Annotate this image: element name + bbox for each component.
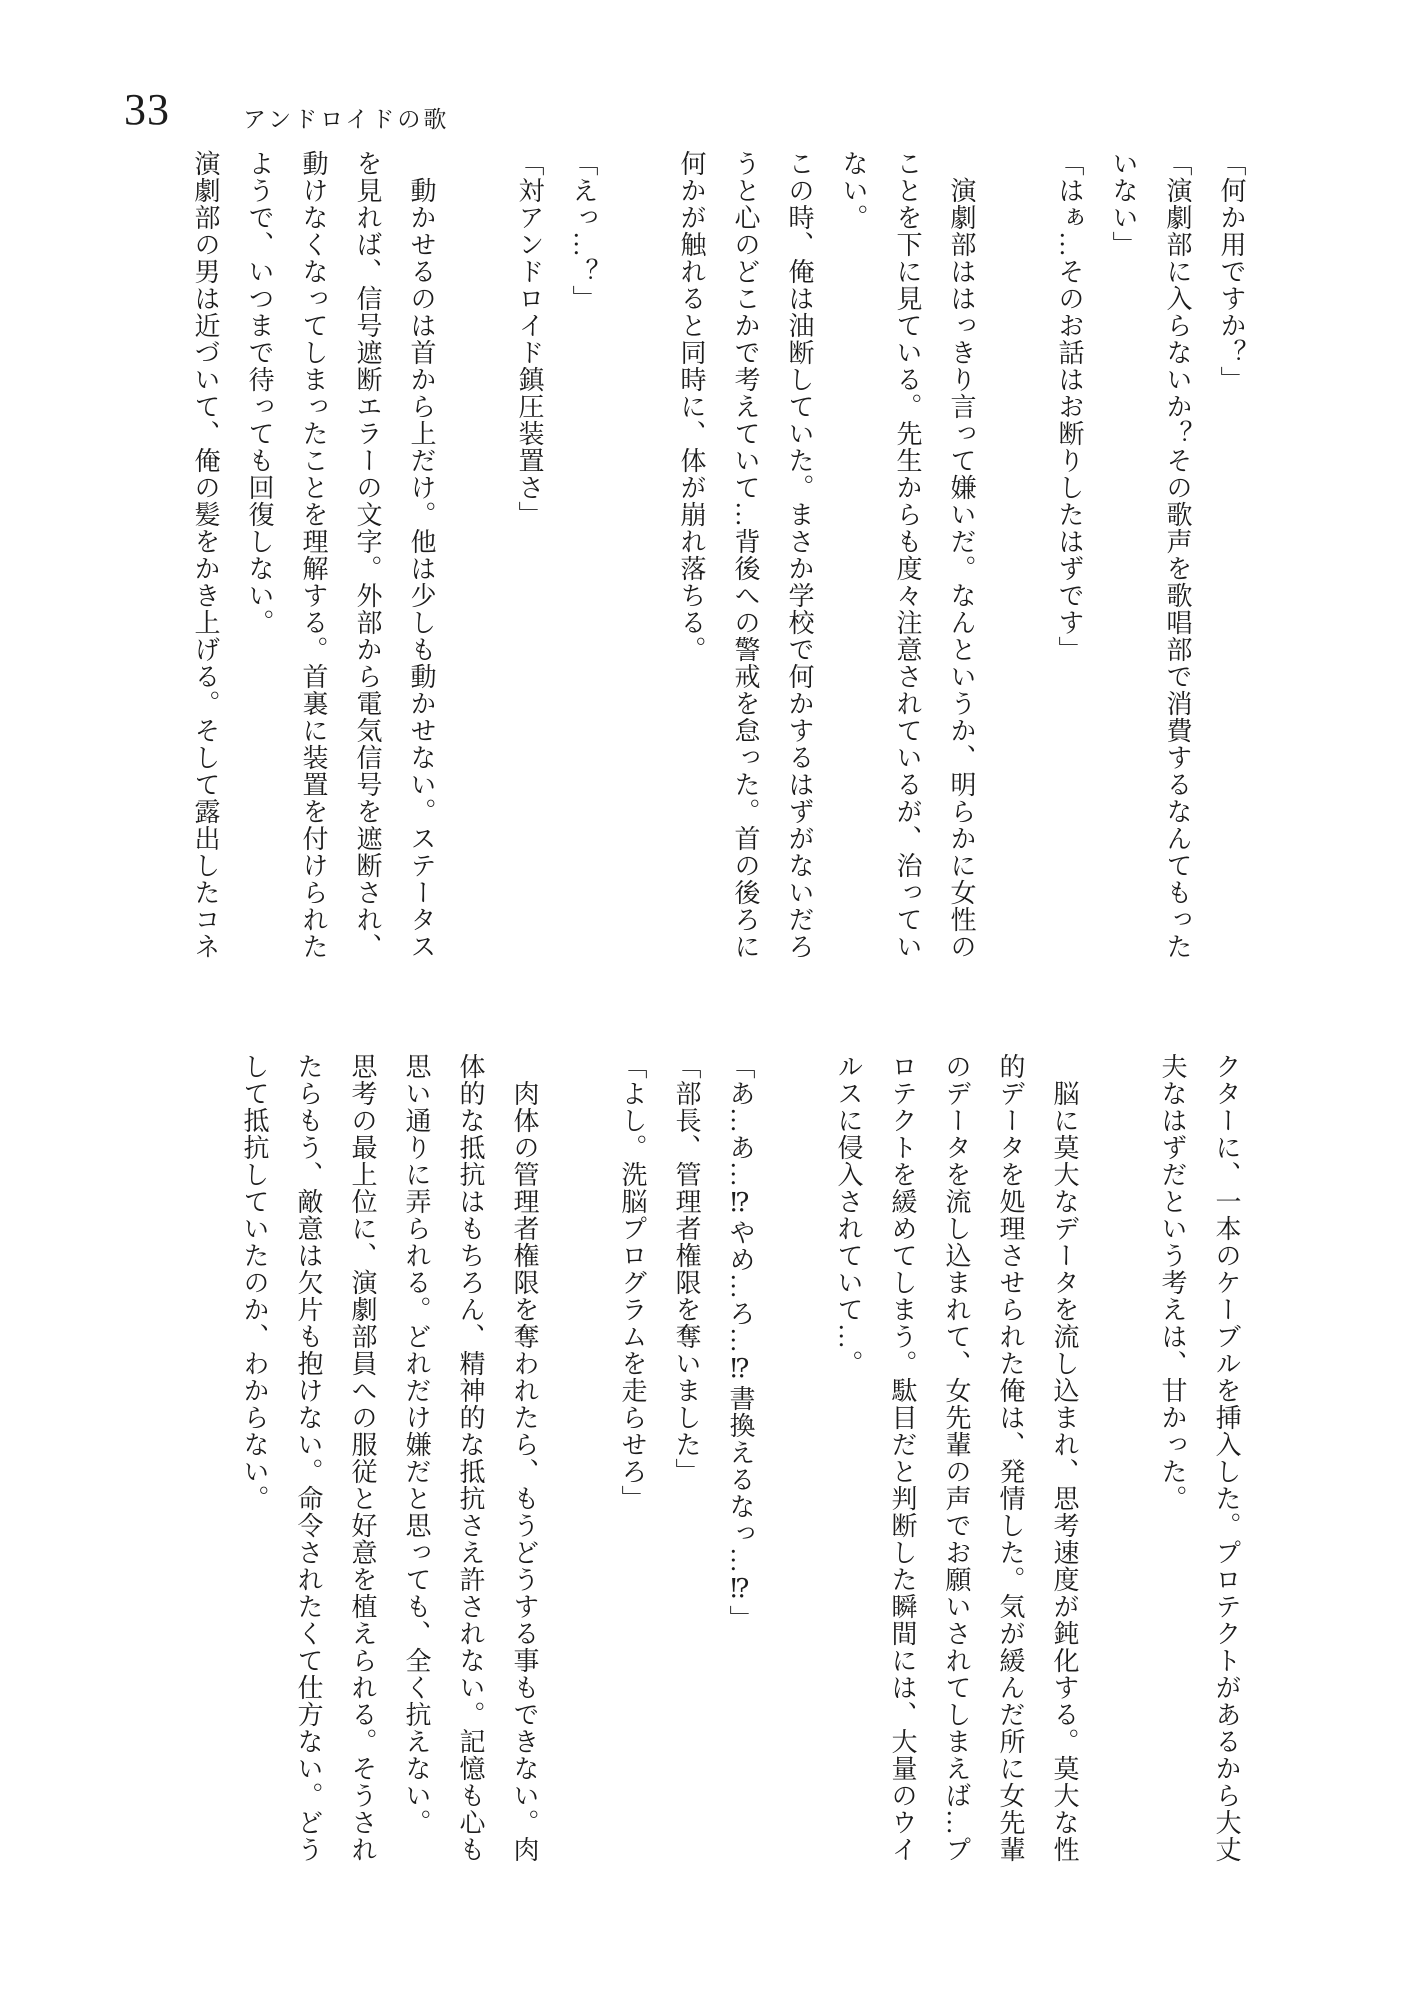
text-column: ことを下に見ている。先生からも度々注意されているが、治ってい xyxy=(880,150,934,965)
text-column: して抵抗していたのか、わからない。 xyxy=(227,1053,281,1868)
text-column: 「あ…あ…⁉やめ…ろ…⁉書換えるなっ…⁉」 xyxy=(713,1053,767,1868)
text-column: 「はぁ…そのお話はお断りしたはずです」 xyxy=(1042,150,1096,965)
text-column: のデータを流し込まれて、女先輩の声でお願いされてしまえば…プ xyxy=(929,1053,983,1868)
text-column: 何かが触れると同時に、体が崩れ落ちる。 xyxy=(664,150,718,965)
text-column: ない。 xyxy=(826,150,880,965)
text-column: 体的な抵抗はもちろん、精神的な抵抗さえ許されない。記憶も心も xyxy=(443,1053,497,1868)
text-column: を見れば、信号遮断エラーの文字。外部から電気信号を遮断され、 xyxy=(340,150,394,965)
text-column: いない」 xyxy=(1096,150,1150,965)
text-column: クターに、一本のケーブルを挿入した。プロテクトがあるから大丈 xyxy=(1199,1053,1253,1868)
text-column: ロテクトを緩めてしまう。駄目だと判断した瞬間には、大量のウイ xyxy=(875,1053,929,1868)
text-column: たらもう、敵意は欠片も抱けない。命令されたくて仕方ない。どう xyxy=(281,1053,335,1868)
text-column: 「何か用ですか？」 xyxy=(1204,150,1258,965)
text-column: 演劇部の男は近づいて、俺の髪をかき上げる。そして露出したコネ xyxy=(178,150,232,965)
page-number: 33 xyxy=(124,88,170,132)
text-column: 動けなくなってしまったことを理解する。首裏に装置を付けられた xyxy=(286,150,340,965)
text-block-top: 「何か用ですか？」「演劇部に入らないか？その歌声を歌唱部で消費するなんてもったい… xyxy=(178,150,1258,965)
text-column: 夫なはずだという考えは、甘かった。 xyxy=(1145,1053,1199,1868)
text-column: うと心のどこかで考えていて…背後への警戒を怠った。首の後ろに xyxy=(718,150,772,965)
text-block-bottom: クターに、一本のケーブルを挿入した。プロテクトがあるから大丈夫なはずだという考え… xyxy=(227,1053,1253,1868)
page-title: アンドロイドの歌 xyxy=(243,106,449,134)
text-column: 「えっ…？」 xyxy=(556,150,610,965)
text-column: 「演劇部に入らないか？その歌声を歌唱部で消費するなんてもった xyxy=(1150,150,1204,965)
text-column: 的データを処理させられた俺は、発情した。気が緩んだ所に女先輩 xyxy=(983,1053,1037,1868)
text-column: 思考の最上位に、演劇部員への服従と好意を植えられる。そうされ xyxy=(335,1053,389,1868)
text-column: 「対アンドロイド鎮圧装置さ」 xyxy=(502,150,556,965)
text-column: 肉体の管理者権限を奪われたら、もうどうする事もできない。肉 xyxy=(497,1053,551,1868)
book-page: 33 アンドロイドの歌 「何か用ですか？」「演劇部に入らないか？その歌声を歌唱部… xyxy=(0,0,1425,2000)
text-column: ようで、いつまで待っても回復しない。 xyxy=(232,150,286,965)
text-column: ルスに侵入されていて…。 xyxy=(821,1053,875,1868)
text-column: 脳に莫大なデータを流し込まれ、思考速度が鈍化する。莫大な性 xyxy=(1037,1053,1091,1868)
text-column: 「よし。洗脳プログラムを走らせろ」 xyxy=(605,1053,659,1868)
text-column: 演劇部ははっきり言って嫌いだ。なんというか、明らかに女性の xyxy=(934,150,988,965)
text-column: この時、俺は油断していた。まさか学校で何かするはずがないだろ xyxy=(772,150,826,965)
text-column: 思い通りに弄られる。どれだけ嫌だと思っても、全く抗えない。 xyxy=(389,1053,443,1868)
text-column: 「部長、管理者権限を奪いました」 xyxy=(659,1053,713,1868)
text-column: 動かせるのは首から上だけ。他は少しも動かせない。ステータス xyxy=(394,150,448,965)
